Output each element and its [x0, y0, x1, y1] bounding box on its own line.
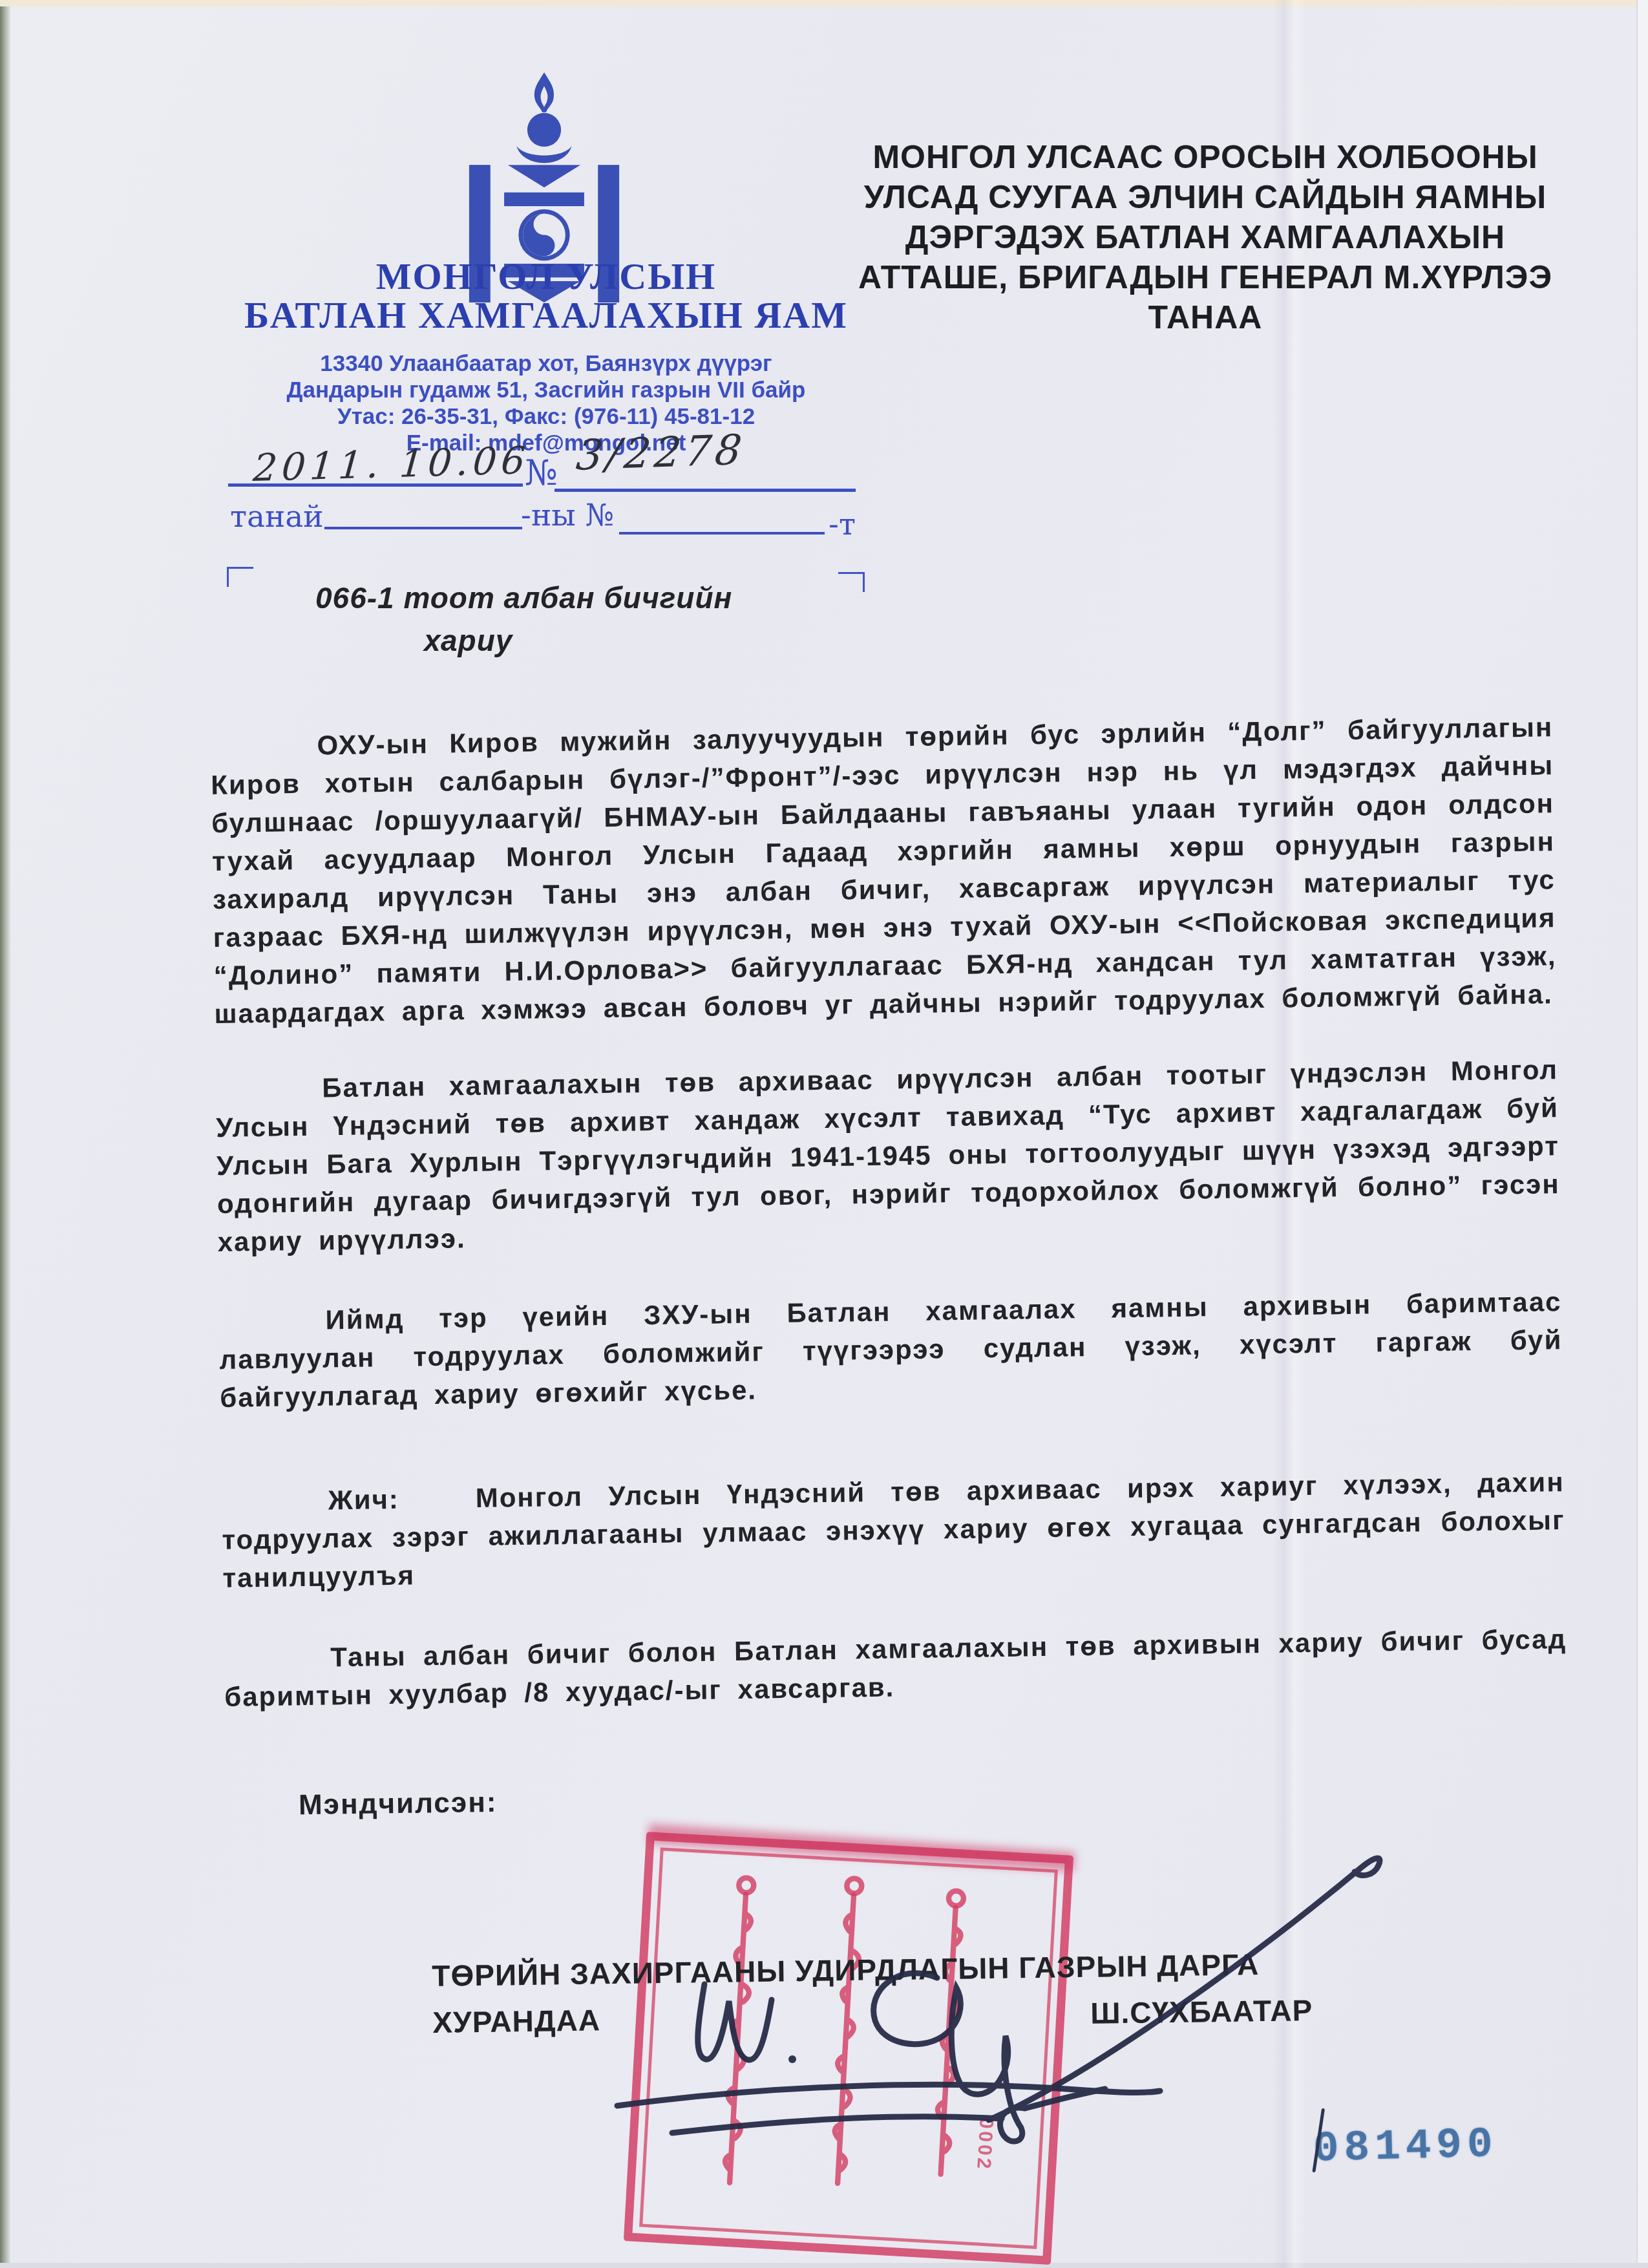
your-label: танай — [230, 499, 324, 535]
recipient-block: МОНГОЛ УЛСААС ОРОСЫН ХОЛБООНЫ УЛСАД СУУГ… — [837, 137, 1574, 337]
address-line: Дандарын гудамж 51, Засгийн газрын VII б… — [213, 377, 879, 403]
recipient-line: ТАНАА — [837, 297, 1574, 337]
subject-line1: 066-1 тоот албан бичгийн — [315, 579, 732, 617]
address-line: Утас: 26-35-31, Факс: (976-11) 45-81-12 — [213, 403, 879, 430]
recipient-line: МОНГОЛ УЛСААС ОРОСЫН ХОЛБООНЫ — [837, 137, 1574, 177]
paragraph: Жич: Монгол Улсын Үндэсний төв архиваас … — [221, 1463, 1565, 1597]
your-number-label: -ны № — [521, 498, 614, 533]
signature-autograph — [575, 1829, 1454, 2165]
to-suffix: -т — [829, 507, 856, 542]
paragraph: Иймд тэр үеийн ЗХУ-ын Батлан хамгаалах я… — [218, 1282, 1563, 1417]
address-corner-mark-left — [227, 567, 253, 587]
recipient-line: ДЭРГЭДЭХ БАТЛАН ХАМГААЛАХЫН — [837, 217, 1574, 257]
address-corner-mark-right — [838, 572, 865, 592]
your-number-underline — [619, 532, 825, 535]
paragraph: ОХУ-ын Киров мужийн залуучуудын төрийн б… — [210, 708, 1558, 1033]
scanner-top-edge — [0, 0, 1648, 6]
closing-salutation: Мэндчилсэн: — [299, 1786, 498, 1821]
paragraph: Батлан хамгаалахын төв архиваас ирүүлсэн… — [215, 1050, 1561, 1261]
paper-bottom-edge — [0, 2263, 1648, 2268]
number-underline — [555, 489, 856, 492]
scanner-left-edge — [0, 0, 10, 2268]
number-sign: № — [525, 452, 558, 493]
paragraph: Таны албан бичиг болон Батлан хамгаалахы… — [224, 1620, 1568, 1716]
handwritten-date: 2011. 10.06 — [251, 438, 531, 490]
subject-block: 066-1 тоот албан бичгийн хариу — [315, 579, 732, 659]
letter-body: ОХУ-ын Киров мужийн залуучуудын төрийн б… — [210, 708, 1567, 1716]
paper-right-edge — [1636, 0, 1648, 2268]
date-underline — [228, 483, 523, 487]
your-underline — [324, 527, 522, 529]
recipient-line: УЛСАД СУУГАА ЭЛЧИН САЙДЫН ЯАМНЫ — [837, 177, 1574, 217]
address-line: 13340 Улаанбаатар хот, Баянзүрх дүүрэг — [213, 350, 879, 377]
handwritten-number: 3/2278 — [574, 426, 748, 480]
ministry-title-line2: БАТЛАН ХАМГААЛАХЫН ЯАМ — [213, 296, 879, 335]
ministry-title-line1: МОНГОЛ УЛСЫН — [213, 257, 879, 296]
letterhead-block: МОНГОЛ УЛСЫН БАТЛАН ХАМГААЛАХЫН ЯАМ 1334… — [213, 257, 879, 456]
scanned-letter-page: МОНГОЛ УЛСЫН БАТЛАН ХАМГААЛАХЫН ЯАМ 1334… — [0, 0, 1648, 2268]
recipient-line: АТТАШЕ, БРИГАДЫН ГЕНЕРАЛ М.ХҮРЛЭЭ — [837, 257, 1574, 297]
subject-line2: хариу — [424, 622, 732, 659]
